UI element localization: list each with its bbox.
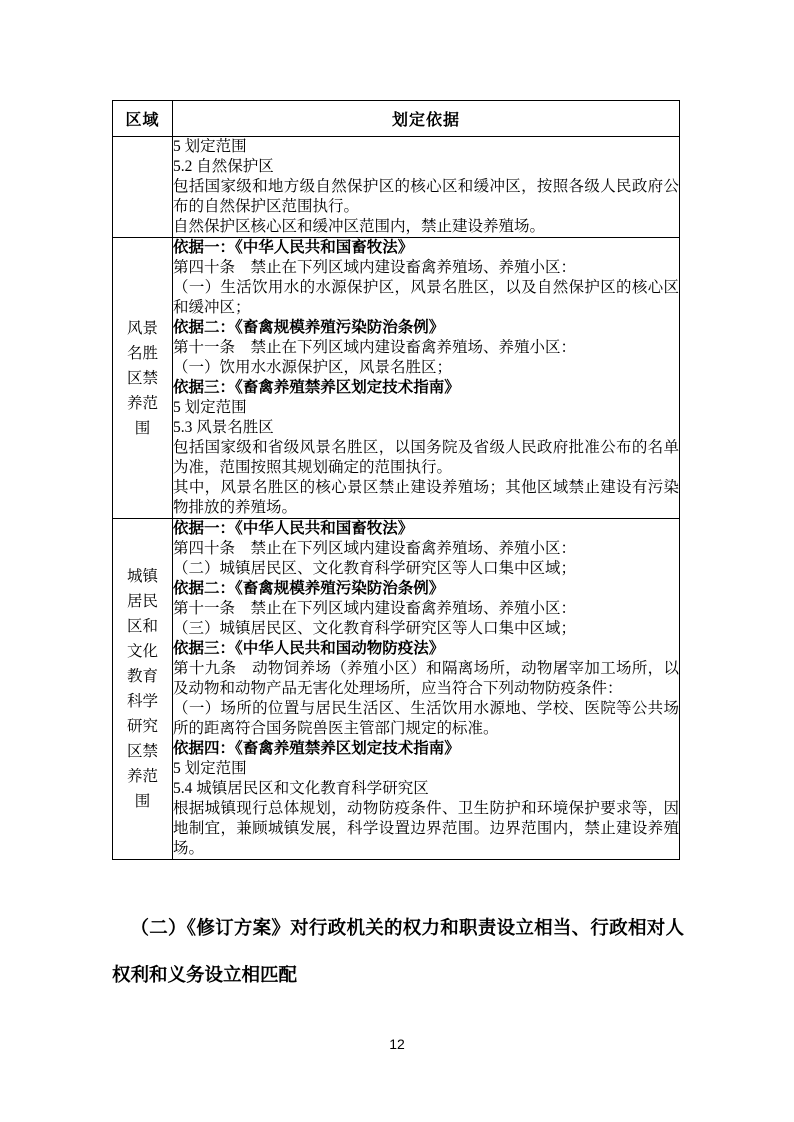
basis-paragraph: 5 划定范围 [173,759,679,779]
basis-paragraph: 包括国家级和省级风景名胜区，以国务院及省级人民政府批准公布的名单为准，范围按照其… [173,438,679,478]
basis-paragraph: （一）场所的位置与居民生活区、生活饮用水源地、学校、医院等公共场所的距离符合国务… [173,699,679,739]
region-label: 风景名胜区禁养范围 [126,316,160,441]
table-row: 5 划定范围5.2 自然保护区包括国家级和地方级自然保护区的核心区和缓冲区，按照… [113,137,680,238]
region-cell [113,137,173,238]
basis-paragraph: 包括国家级和地方级自然保护区的核心区和缓冲区，按照各级人民政府公布的自然保护区范… [173,177,679,217]
basis-paragraph: （一）生活饮用水的水源保护区，风景名胜区，以及自然保护区的核心区和缓冲区； [173,278,679,318]
section-heading: （二）《修订方案》对行政机关的权力和职责设立相当、行政相对人权利和义务设立相匹配 [112,906,684,1000]
legal-basis-title: 依据三：《畜禽养殖禁养区划定技术指南》 [173,378,679,398]
legal-basis-title: 依据一：《中华人民共和国畜牧法》 [173,519,679,539]
region-label: 城镇居民区和文化教育科学研究区禁养范围 [126,564,160,814]
column-header-region: 区域 [113,101,173,137]
basis-paragraph: 5 划定范围 [173,137,679,157]
table-body: 5 划定范围5.2 自然保护区包括国家级和地方级自然保护区的核心区和缓冲区，按照… [113,137,680,860]
basis-paragraph: 自然保护区核心区和缓冲区范围内，禁止建设养殖场。 [173,217,679,237]
legal-basis-title: 依据一：《中华人民共和国畜牧法》 [173,238,679,258]
basis-paragraph: 根据城镇现行总体规划，动物防疫条件、卫生防护和环境保护要求等，因地制宜，兼顾城镇… [173,799,679,859]
region-cell: 城镇居民区和文化教育科学研究区禁养范围 [113,519,173,860]
column-header-basis: 划定依据 [173,101,680,137]
legal-basis-title: 依据二：《畜禽规模养殖污染防治条例》 [173,318,679,338]
basis-paragraph: 第十九条 动物饲养场（养殖小区）和隔离场所，动物屠宰加工场所，以及动物和动物产品… [173,659,679,699]
basis-paragraph: （一）饮用水水源保护区，风景名胜区； [173,358,679,378]
legal-basis-title: 依据二：《畜禽规模养殖污染防治条例》 [173,579,679,599]
prohibition-zone-table: 区域 划定依据 5 划定范围5.2 自然保护区包括国家级和地方级自然保护区的核心… [112,100,680,860]
basis-paragraph: 5.4 城镇居民区和文化教育科学研究区 [173,779,679,799]
basis-cell: 5 划定范围5.2 自然保护区包括国家级和地方级自然保护区的核心区和缓冲区，按照… [173,137,680,238]
basis-cell: 依据一：《中华人民共和国畜牧法》第四十条 禁止在下列区域内建设畜禽养殖场、养殖小… [173,519,680,860]
legal-basis-title: 依据四：《畜禽养殖禁养区划定技术指南》 [173,739,679,759]
region-cell: 风景名胜区禁养范围 [113,238,173,519]
basis-paragraph: 5.3 风景名胜区 [173,418,679,438]
table-row: 风景名胜区禁养范围依据一：《中华人民共和国畜牧法》第四十条 禁止在下列区域内建设… [113,238,680,519]
table-row: 城镇居民区和文化教育科学研究区禁养范围依据一：《中华人民共和国畜牧法》第四十条 … [113,519,680,860]
document-page: 区域 划定依据 5 划定范围5.2 自然保护区包括国家级和地方级自然保护区的核心… [0,0,794,1122]
basis-paragraph: 5 划定范围 [173,398,679,418]
basis-cell: 依据一：《中华人民共和国畜牧法》第四十条 禁止在下列区域内建设畜禽养殖场、养殖小… [173,238,680,519]
basis-paragraph: 第十一条 禁止在下列区域内建设畜禽养殖场、养殖小区： [173,338,679,358]
table-header-row: 区域 划定依据 [113,101,680,137]
basis-paragraph: （二）城镇居民区、文化教育科学研究区等人口集中区域； [173,559,679,579]
legal-basis-title: 依据三：《中华人民共和国动物防疫法》 [173,639,679,659]
basis-paragraph: （三）城镇居民区、文化教育科学研究区等人口集中区域； [173,619,679,639]
basis-paragraph: 第四十条 禁止在下列区域内建设畜禽养殖场、养殖小区： [173,539,679,559]
basis-paragraph: 第十一条 禁止在下列区域内建设畜禽养殖场、养殖小区： [173,599,679,619]
basis-paragraph: 第四十条 禁止在下列区域内建设畜禽养殖场、养殖小区： [173,258,679,278]
basis-paragraph: 5.2 自然保护区 [173,157,679,177]
basis-paragraph: 其中，风景名胜区的核心景区禁止建设养殖场；其他区域禁止建设有污染物排放的养殖场。 [173,478,679,518]
page-number: 12 [0,1036,794,1052]
